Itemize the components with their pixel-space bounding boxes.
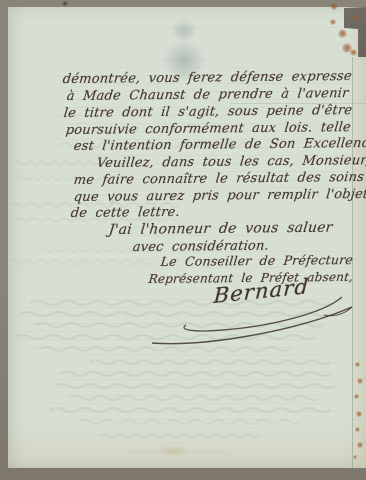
- rust-stain: [353, 14, 359, 20]
- rust-stain: [338, 29, 347, 38]
- manuscript-line-3: le titre dont il s'agit, sous peine d'êt…: [63, 104, 353, 120]
- rust-stain: [350, 49, 357, 56]
- rust-stain: [330, 3, 338, 10]
- signature-flourish: [146, 291, 358, 349]
- rust-stain: [355, 427, 360, 432]
- rust-stain: [354, 394, 359, 399]
- manuscript-line-7: me faire connaître le résultat des soins: [73, 171, 365, 187]
- rust-stain: [356, 411, 362, 417]
- manuscript-line-5: est l'intention formelle de Son Excellen…: [73, 137, 366, 153]
- letter-page: démontrée, vous ferez défense expresse à…: [8, 7, 366, 468]
- rust-stain: [330, 19, 336, 25]
- manuscript-line-9: de cette lettre.: [70, 206, 181, 220]
- paper-smudge: [156, 445, 190, 457]
- manuscript-line-2: à Made Chaunst de prendre à l'avenir: [66, 87, 349, 103]
- edge-speck: [61, 1, 69, 6]
- paper-smudge: [108, 199, 116, 205]
- manuscript-line-4: poursuivie conformément aux lois. telle: [65, 121, 352, 137]
- rust-stain: [353, 455, 357, 459]
- manuscript-line-8: que vous aurez pris pour remplir l'objet: [73, 188, 366, 204]
- valediction-line-2: avec considération.: [132, 240, 270, 254]
- valediction-line-1: J'ai l'honneur de vous saluer: [108, 221, 333, 237]
- rust-stain: [357, 442, 363, 448]
- scanned-letter: démontrée, vous ferez défense expresse à…: [0, 0, 366, 480]
- manuscript-line-6: Veuillez, dans tous les cas, Monsieur,: [96, 154, 366, 170]
- rust-stain: [357, 378, 363, 384]
- signer-title-line-1: Le Conseiller de Préfecture: [160, 254, 354, 269]
- manuscript-line-1: démontrée, vous ferez défense expresse: [62, 70, 352, 86]
- rust-stain: [355, 362, 360, 367]
